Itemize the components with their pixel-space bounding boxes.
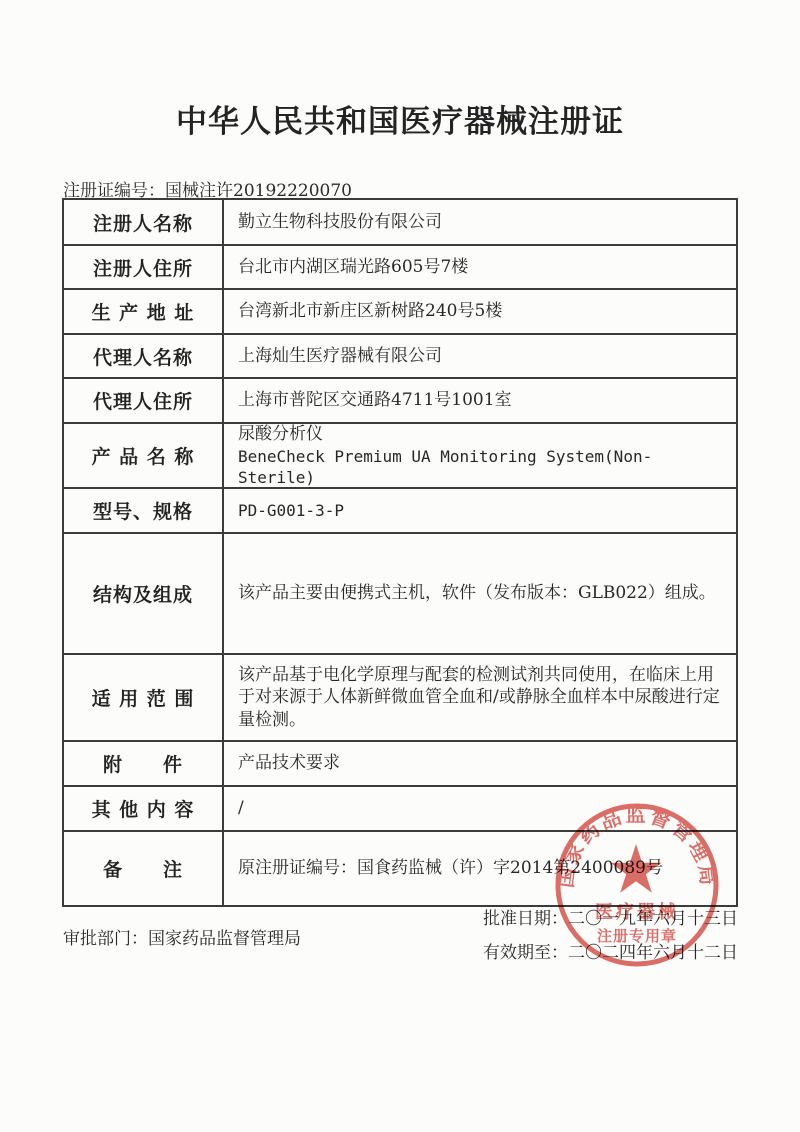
row-label-agent-name: 代理人名称 [64,335,224,377]
row-value-agent-address: 上海市普陀区交通路4711号1001室 [224,379,736,422]
table-row: 适 用 范 围 该产品基于电化学原理与配套的检测试剂共同使用，在临床上用于对来源… [64,655,736,742]
certificate-table: 注册人名称 勤立生物科技股份有限公司 注册人住所 台北市内湖区瑞光路605号7楼… [62,198,738,907]
approval-department: 审批部门：国家药品监督管理局 [63,924,301,949]
row-label-remarks: 备 注 [64,832,224,905]
row-label-production-address: 生 产 地 址 [64,290,224,333]
row-label-intended-use: 适 用 范 围 [64,655,224,740]
certificate-title: 中华人民共和国医疗器械注册证 [0,96,800,141]
table-row: 代理人住所 上海市普陀区交通路4711号1001室 [64,379,736,424]
table-row: 型号、规格 PD-G001-3-P [64,489,736,534]
table-row: 产 品 名 称 尿酸分析仪 BeneCheck Premium UA Monit… [64,424,736,489]
table-row: 注册人名称 勤立生物科技股份有限公司 [64,200,736,246]
row-value-registrant-name: 勤立生物科技股份有限公司 [224,200,736,244]
row-value-model-spec: PD-G001-3-P [224,489,736,532]
row-value-production-address: 台湾新北市新庄区新树路240号5楼 [224,290,736,333]
valid-until-date: 有效期至：二〇二四年六月十二日 [483,942,738,976]
approval-date: 批准日期：二〇一九年六月十三日 [483,908,738,942]
table-row: 备 注 原注册证编号：国食药监械（许）字2014第2400089号 [64,832,736,905]
product-name-cn: 尿酸分析仪 [238,423,726,445]
row-label-product-name: 产 品 名 称 [64,424,224,487]
table-row: 生 产 地 址 台湾新北市新庄区新树路240号5楼 [64,290,736,335]
row-value-agent-name: 上海灿生医疗器械有限公司 [224,335,736,377]
row-label-registrant-name: 注册人名称 [64,200,224,244]
row-value-structure: 该产品主要由便携式主机，软件（发布版本：GLB022）组成。 [224,534,736,653]
row-value-attachment: 产品技术要求 [224,742,736,785]
row-label-structure: 结构及组成 [64,534,224,653]
row-label-attachment: 附 件 [64,742,224,785]
row-value-product-name: 尿酸分析仪 BeneCheck Premium UA Monitoring Sy… [224,424,736,487]
row-label-registrant-address: 注册人住所 [64,246,224,288]
product-name-en: BeneCheck Premium UA Monitoring System(N… [238,446,726,488]
table-row: 附 件 产品技术要求 [64,742,736,787]
row-label-other-content: 其 他 内 容 [64,787,224,830]
row-label-agent-address: 代理人住所 [64,379,224,422]
row-value-remarks: 原注册证编号：国食药监械（许）字2014第2400089号 [224,832,736,905]
table-row: 其 他 内 容 / [64,787,736,832]
table-row: 结构及组成 该产品主要由便携式主机，软件（发布版本：GLB022）组成。 [64,534,736,655]
row-value-other-content: / [224,787,736,830]
table-row: 注册人住所 台北市内湖区瑞光路605号7楼 [64,246,736,290]
row-label-model-spec: 型号、规格 [64,489,224,532]
row-value-registrant-address: 台北市内湖区瑞光路605号7楼 [224,246,736,288]
table-row: 代理人名称 上海灿生医疗器械有限公司 [64,335,736,379]
date-block: 批准日期：二〇一九年六月十三日 有效期至：二〇二四年六月十二日 [483,908,738,976]
row-value-intended-use: 该产品基于电化学原理与配套的检测试剂共同使用，在临床上用于对来源于人体新鲜微血管… [224,655,736,740]
